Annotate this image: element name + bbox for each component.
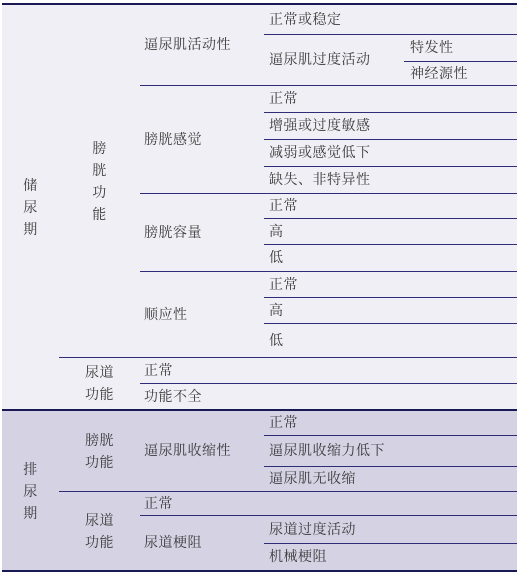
cell-detrusor-overactivity: 逼尿肌过度活动 xyxy=(264,34,404,85)
cell-detrusor-acontractile: 逼尿肌无收缩 xyxy=(264,466,517,491)
cell-bladder-capacity: 膀胱容量 xyxy=(140,193,264,271)
cell-sensation-increased: 增强或过度敏感 xyxy=(264,112,517,139)
cell-storage-urethral-function: 尿道功能 xyxy=(59,357,140,410)
cell-urethral-overactivity: 尿道过度活动 xyxy=(264,515,517,543)
voiding-period-label: 排尿期 xyxy=(22,458,38,524)
cell-urethral-obstruction: 尿道梗阻 xyxy=(140,515,264,571)
cell-detrusor-underactive: 逼尿肌收缩力低下 xyxy=(264,435,517,466)
cell-storage-urethral-incompetent: 功能不全 xyxy=(140,383,517,410)
cell-bladder-sensation: 膀胱感觉 xyxy=(140,85,264,193)
table-row: 尿道功能 正常 xyxy=(2,491,517,515)
voiding-urethral-function-label: 尿道功能 xyxy=(83,509,115,553)
cell-sensation-normal: 正常 xyxy=(264,85,517,112)
voiding-bladder-function-label: 膀胱功能 xyxy=(83,429,115,473)
cell-neurogenic: 神经源性 xyxy=(404,61,517,85)
cell-contractility-normal: 正常 xyxy=(264,410,517,435)
cell-storage-urethral-normal: 正常 xyxy=(140,357,517,383)
cell-capacity-normal: 正常 xyxy=(264,193,517,218)
storage-period-label: 储尿期 xyxy=(22,174,38,240)
cell-capacity-high: 高 xyxy=(264,218,517,244)
cell-mechanical-obstruction: 机械梗阻 xyxy=(264,543,517,571)
storage-urethral-function-label: 尿道功能 xyxy=(83,361,115,405)
cell-normal-or-stable: 正常或稳定 xyxy=(264,4,517,34)
cell-sensation-reduced: 减弱或感觉低下 xyxy=(264,139,517,166)
cell-compliance-high: 高 xyxy=(264,297,517,323)
cell-capacity-low: 低 xyxy=(264,244,517,271)
cell-storage-period: 储尿期 xyxy=(2,4,59,410)
cell-voiding-urethral-function: 尿道功能 xyxy=(59,491,140,571)
cell-detrusor-activity: 逼尿肌活动性 xyxy=(140,4,264,85)
cell-idiopathic: 特发性 xyxy=(404,34,517,61)
urodynamics-classification-table: 储尿期 膀胱功能 逼尿肌活动性 正常或稳定 逼尿肌过度活动 特发性 神经源性 膀… xyxy=(2,3,517,572)
cell-compliance: 顺应性 xyxy=(140,271,264,357)
cell-storage-bladder-function: 膀胱功能 xyxy=(59,4,140,357)
cell-voiding-period: 排尿期 xyxy=(2,410,59,571)
cell-compliance-normal: 正常 xyxy=(264,271,517,297)
table-row: 储尿期 膀胱功能 逼尿肌活动性 正常或稳定 xyxy=(2,4,517,34)
cell-sensation-absent: 缺失、非特异性 xyxy=(264,166,517,193)
cell-voiding-bladder-function: 膀胱功能 xyxy=(59,410,140,491)
cell-compliance-low: 低 xyxy=(264,323,517,357)
cell-detrusor-contractility: 逼尿肌收缩性 xyxy=(140,410,264,491)
table-row: 尿道功能 正常 xyxy=(2,357,517,383)
table-row: 排尿期 膀胱功能 逼尿肌收缩性 正常 xyxy=(2,410,517,435)
cell-voiding-urethral-normal: 正常 xyxy=(140,491,517,515)
storage-bladder-function-label: 膀胱功能 xyxy=(91,137,107,225)
